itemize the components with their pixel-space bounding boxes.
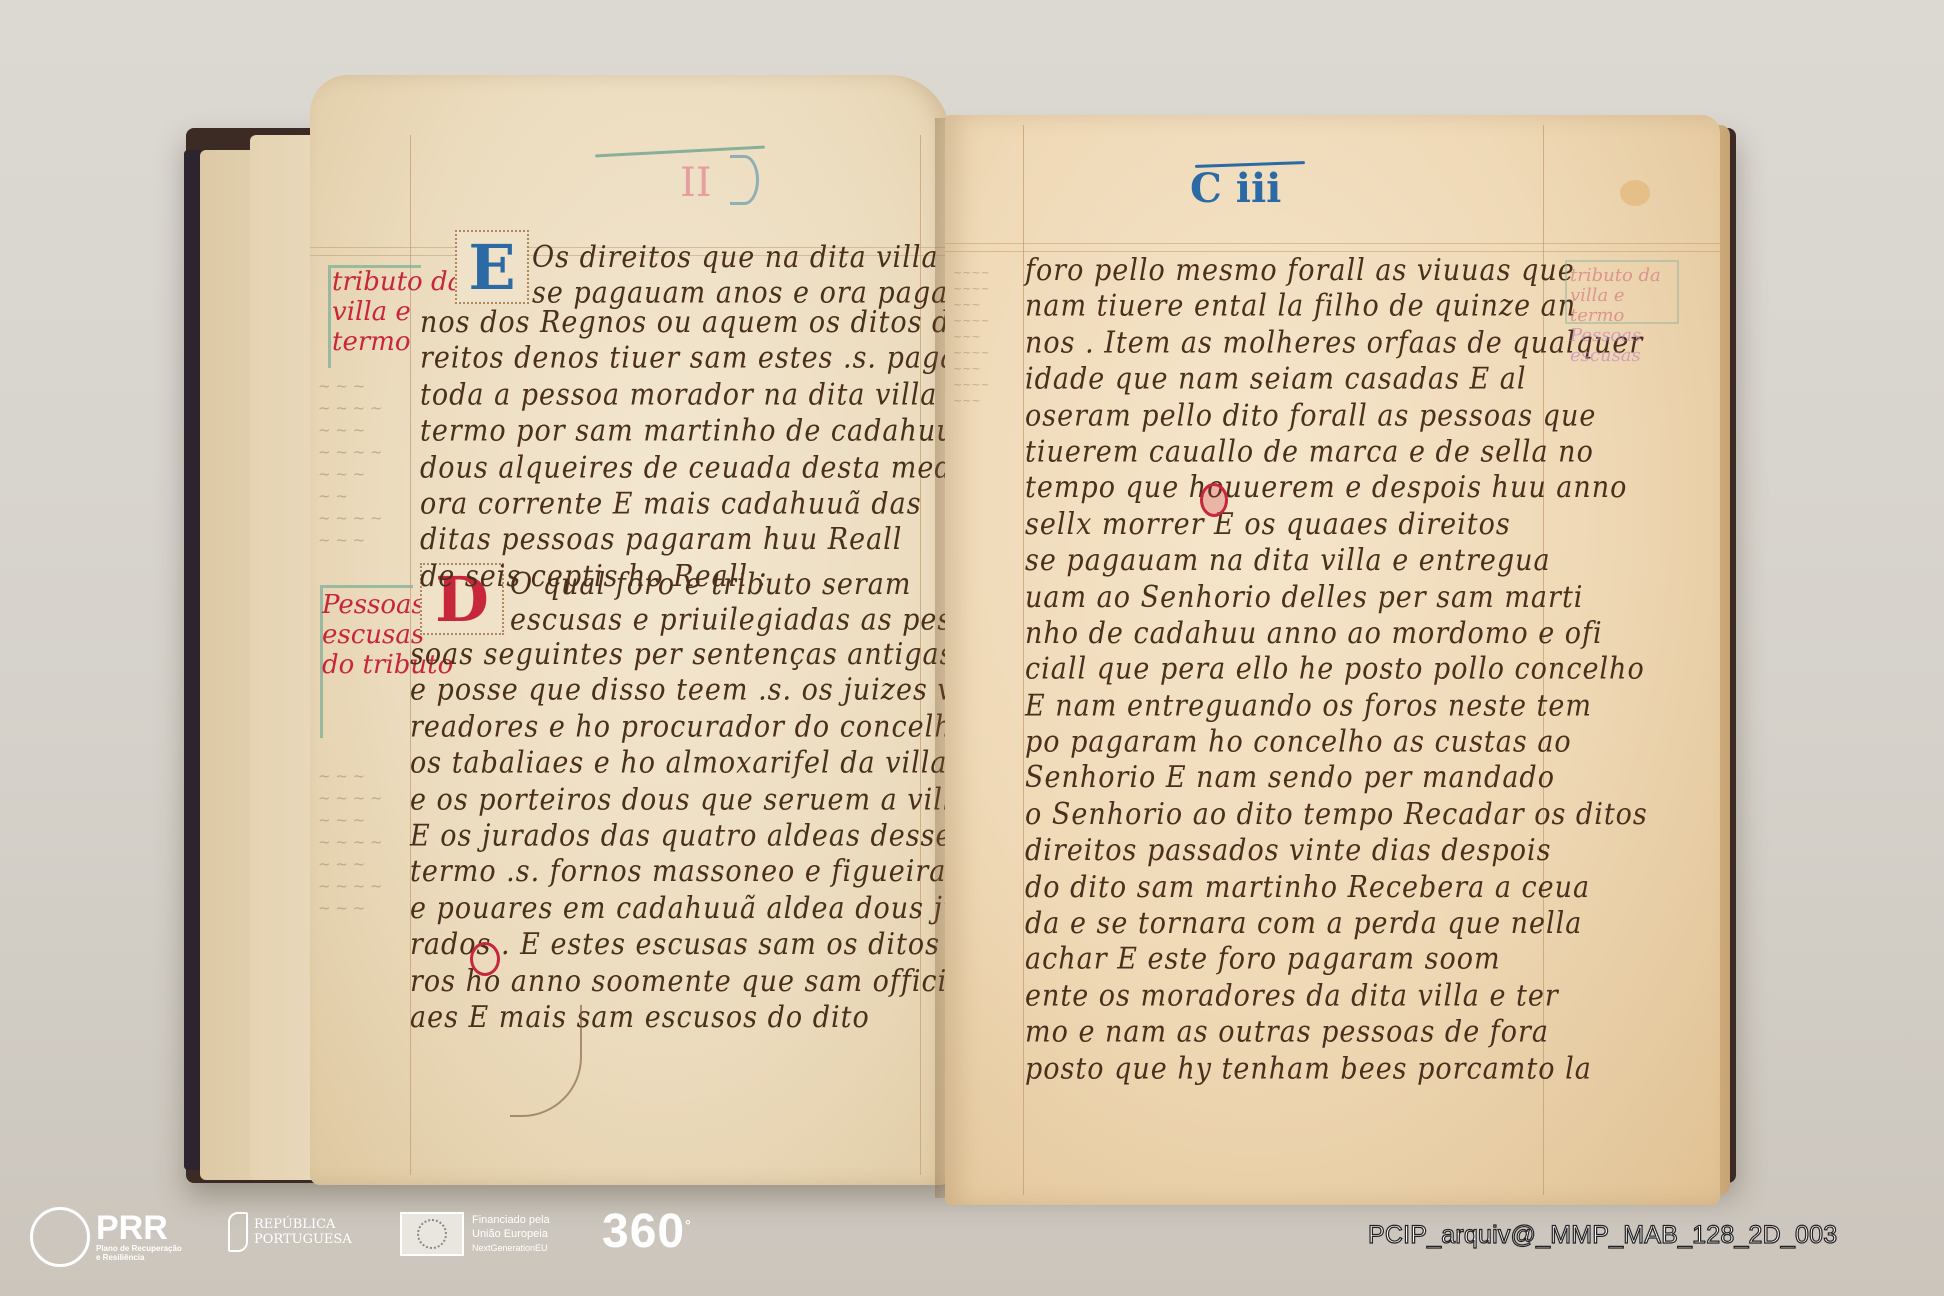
text-line: termo .s. fornos massoneo e figueiras [410, 855, 996, 891]
text-line: se pagauam na dita villa e entregua [1025, 543, 1648, 579]
text-line: e os porteiros dous que seruem a villa [410, 782, 996, 818]
text-line: E nam entreguando os foros neste tem [1025, 688, 1648, 724]
faint-note-line: tributo da [1570, 265, 1661, 285]
marginal-note-faint: ~ ~ ~~ ~ ~ ~~ ~ ~~ ~ ~ ~~ ~ ~~ ~ ~ ~~ ~ … [318, 765, 418, 919]
logo-360: 360° [602, 1204, 692, 1259]
marginal-note-faint: ~ ~ ~~ ~ ~ ~~ ~ ~~ ~ ~ ~~ ~ ~~ ~~ ~ ~ ~~… [318, 375, 418, 551]
text-line: idade que nam seiam casadas E al [1025, 362, 1648, 398]
text-line: e posse que disso teem .s. os juizes ve [410, 673, 996, 709]
text-line: e pouares em cadahuuã aldea dous ju [410, 891, 996, 927]
descender-flourish [510, 1005, 582, 1117]
stain [1620, 180, 1650, 206]
manuscript-text-left-mid: O qual foro e tributo seram escusas e pr… [510, 567, 952, 640]
ruling-line [945, 243, 1720, 244]
text-line: posto que hy tenham bees porcamto la [1025, 1051, 1648, 1087]
rubric-line: tributo da [332, 267, 463, 297]
text-line: Senhorio E nam sendo per mandado [1025, 761, 1648, 797]
text-line: tiuerem cauallo de marca e de sella no [1025, 434, 1648, 470]
prr-logo: PRR Plano de Recuperação e Resiliência [30, 1207, 182, 1267]
prr-subtitle: e Resiliência [96, 1253, 182, 1262]
republica-line: PORTUGUESA [254, 1232, 352, 1247]
faint-note-line: escusas [1570, 345, 1661, 365]
marginal-note-faint: tributo da villa e termo Pessoas escusas [1570, 265, 1661, 365]
text-line: soas seguintes per sentenças antigas [410, 637, 996, 673]
prr-emblem-icon [30, 1207, 90, 1267]
text-line: E os jurados das quatro aldeas desse [410, 818, 996, 854]
folio-mark: C iii [1190, 165, 1281, 212]
paragraph-mark-red [470, 942, 500, 976]
prr-subtitle: Plano de Recuperação [96, 1244, 182, 1253]
text-line: oseram pello dito forall as pessoas que [1025, 398, 1648, 434]
text-line: nho de cadahuu anno ao mordomo e ofi [1025, 616, 1648, 652]
text-line: o Senhorio ao dito tempo Recadar os dito… [1025, 797, 1648, 833]
text-line: do dito sam martinho Recebera a ceua [1025, 870, 1648, 906]
faint-note-line: Pessoas [1570, 325, 1661, 345]
text-line: da e se tornara com a perda que nella [1025, 906, 1648, 942]
folio-flourish-curl [730, 155, 759, 205]
eu-line: Financiado pela [472, 1213, 550, 1227]
eu-flag-icon [400, 1212, 464, 1256]
portugal-emblem-icon [228, 1212, 248, 1252]
archive-identifier: PCIP_arquiv@_MMP_MAB_128_2D_003 [1368, 1221, 1837, 1250]
text-line: nos . Item as molheres orfaas de qualque… [1025, 326, 1648, 362]
logo-360-text: 360 [602, 1205, 685, 1258]
decorated-initial-blue: E [455, 230, 529, 304]
manuscript-text-right: foro pello mesmo forall as viuuas que na… [1025, 253, 1648, 1087]
text-line: ros ho anno soomente que sam officia [410, 963, 996, 999]
text-line: os tabaliaes e ho almoxarifel da villa [410, 746, 996, 782]
text-line: tempo que houuerem e despois huu anno [1025, 471, 1648, 507]
manuscript-page-right: C iii foro pello mesmo forall as viuuas … [945, 115, 1720, 1205]
text-line: nam tiuere ental la filho de quinze an [1025, 289, 1648, 325]
text-line: po pagaram ho concelho as custas ao [1025, 725, 1648, 761]
degree-mark: ° [685, 1217, 692, 1233]
text-line: Os direitos que na dita villa [532, 240, 1001, 276]
text-line: achar E este foro pagaram soom [1025, 942, 1648, 978]
eu-line: União Europeia [472, 1227, 550, 1241]
text-line: escusas e priuilegiadas as pes [510, 603, 952, 639]
manuscript-text-left-top: Os direitos que na dita villa se pagauam… [532, 240, 1001, 313]
text-line: foro pello mesmo forall as viuuas que [1025, 253, 1648, 289]
text-line: mo e nam as outras pessoas de fora [1025, 1015, 1648, 1051]
republica-portuguesa-logo: REPÚBLICA PORTUGUESA [228, 1212, 352, 1252]
republica-line: REPÚBLICA [254, 1217, 352, 1232]
eu-line: NextGenerationEU [472, 1241, 550, 1255]
eu-funding-logo: Financiado pela União Europeia NextGener… [400, 1212, 550, 1256]
paragraph-mark-red [1200, 483, 1228, 517]
folio-mark: II [680, 160, 712, 206]
text-line: aes E mais sam escusos do dito [410, 1000, 996, 1036]
text-line: direitos passados vinte dias despois [1025, 833, 1648, 869]
text-line: ciall que pera ello he posto pollo conce… [1025, 652, 1648, 688]
ruling-line [1023, 125, 1024, 1195]
text-line: O qual foro e tributo seram [510, 567, 952, 603]
manuscript-text-left-bottom: soas seguintes per sentenças antigas e p… [410, 637, 996, 1036]
text-line: uam ao Senhorio delles per sam marti [1025, 579, 1648, 615]
faint-note-line: termo [1570, 305, 1661, 325]
eu-stars-circle [417, 1219, 447, 1249]
faint-note-line: villa e [1570, 285, 1661, 305]
text-line: ente os moradores da dita villa e ter [1025, 979, 1648, 1015]
prr-title: PRR [96, 1212, 182, 1244]
marginal-note-faint: ~~~~~~~~~~~~~~~~~~~~~~~~~~~~~~~~ [953, 265, 1023, 409]
text-line: readores e ho procurador do concelho e [410, 710, 996, 746]
ruling-line [945, 251, 1720, 252]
folio-number: C iii [1190, 165, 1281, 212]
text-line: sellx morrer E os quaaes direitos [1025, 507, 1648, 543]
manuscript-page-left: II tributo da villa e termo ~ ~ ~~ ~ ~ ~… [310, 75, 950, 1185]
